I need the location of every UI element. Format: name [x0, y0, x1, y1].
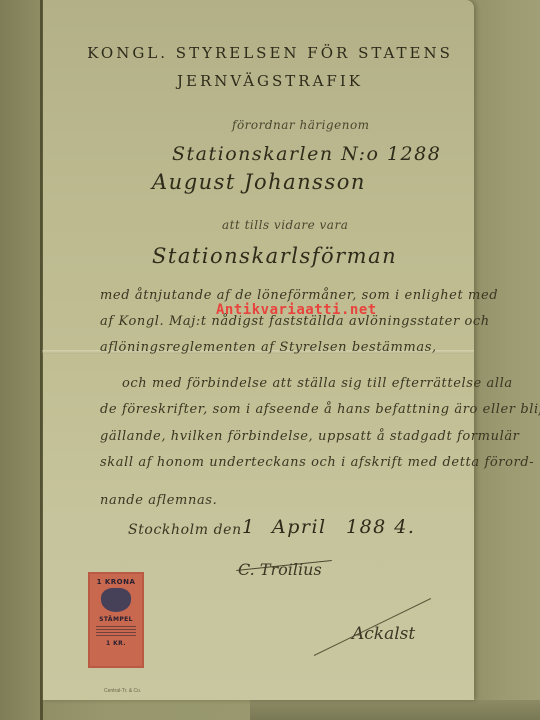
body-line: med åtnjutande af de löneförmåner, som i… [100, 288, 498, 303]
body-line: skall af honom underteckans och i afskri… [100, 455, 534, 470]
printed-to-be: att tills vidare vara [222, 218, 348, 232]
body-line: gällande, hvilken förbindelse, uppsatt å… [100, 429, 520, 444]
background-left [0, 0, 42, 720]
body-line: aflöningsreglementen af Styrelsen bestäm… [100, 340, 437, 355]
stamp-mid-text: STÄMPEL [99, 616, 133, 623]
date-month: April [272, 516, 327, 538]
date-year: 188 4. [346, 516, 415, 538]
handwritten-title: Stationskarlsförman [152, 244, 397, 268]
printer-mark: Central-Tr. & Co. [104, 688, 141, 694]
body-line: nande aflemnas. [100, 493, 217, 508]
paper-left-edge [40, 0, 43, 720]
signature-1: C. Troilius [238, 560, 322, 579]
document-heading-line-1: KONGL. STYRELSEN FÖR STATENS [0, 44, 540, 62]
date-day: 1 [242, 516, 256, 538]
revenue-stamp: 1 KRONA STÄMPEL 1 KR. [88, 572, 144, 668]
date-place: Stockholm den [128, 522, 242, 538]
crest-icon [101, 588, 131, 612]
document-heading-line-2: JERNVÄGSTRAFIK [0, 72, 540, 90]
table-surface [250, 700, 540, 720]
handwritten-position-number: Stationskarlen N:o 1288 [172, 143, 441, 165]
signature-2: Ackalst [352, 624, 415, 644]
stamp-bottom-text: 1 KR. [106, 640, 126, 647]
body-line: och med förbindelse att ställa sig till … [122, 376, 513, 391]
printed-intro: förordnar härigenom [232, 118, 370, 132]
stamp-top-text: 1 KRONA [97, 578, 136, 586]
body-line: de föreskrifter, som i afseende å hans b… [100, 402, 540, 417]
watermark: Antikvariaatti.net [216, 302, 377, 318]
handwritten-name: August Johansson [152, 170, 366, 194]
stamp-pattern [96, 626, 136, 636]
